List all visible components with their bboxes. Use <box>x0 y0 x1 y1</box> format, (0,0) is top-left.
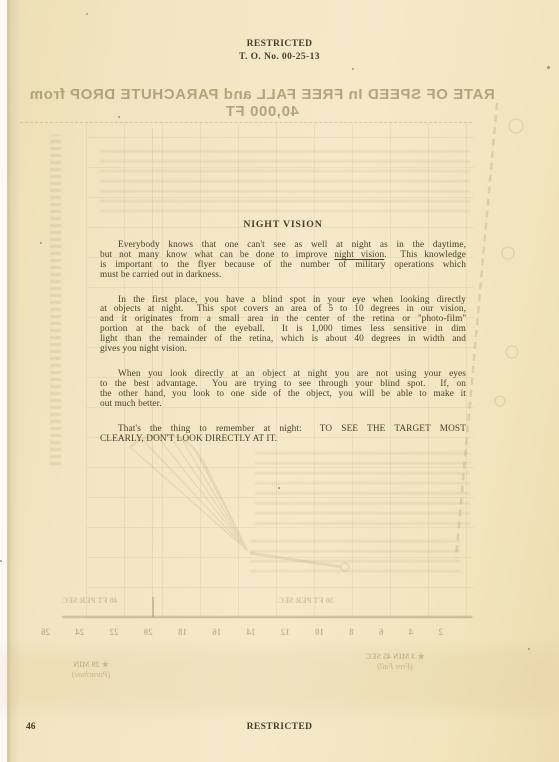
header-classification: RESTRICTED <box>0 38 559 51</box>
scan-speck <box>528 648 530 650</box>
paragraph-1-line: must be carried out in darkness. <box>100 271 466 281</box>
paragraph-3: When you look directly at an object at n… <box>100 370 466 410</box>
footer-classification: RESTRICTED <box>0 722 559 732</box>
bleedthrough-text-block <box>255 452 470 532</box>
bleedthrough-text-block <box>100 150 470 212</box>
bleedthrough-text-block <box>250 540 460 580</box>
paragraph-1: Everybody knows that one can't see as we… <box>100 241 466 281</box>
bleedthrough-chart-x-axis <box>62 616 472 618</box>
bleedthrough-circled-markers <box>495 119 523 406</box>
p1-underlined-phrase: night vision <box>334 250 384 260</box>
bleedthrough-vertical-axis-label <box>50 135 61 465</box>
p1-line2-before: but not many know what can be done to im… <box>100 250 334 260</box>
paragraph-line: out much better. <box>100 400 466 410</box>
bleedthrough-velocity-label-left: 40 FT PER SEC <box>62 596 118 605</box>
bleedthrough-velocity-label-right: 30 FT PER SEC <box>278 596 334 605</box>
article-title: NIGHT VISION <box>100 220 466 230</box>
scan-speck <box>352 68 354 70</box>
header-doc-number: T. O. No. 00-25-13 <box>0 51 559 64</box>
scan-edge-white-strip <box>0 0 7 762</box>
paragraph-4: That's the thing to remember at night: T… <box>100 425 466 445</box>
bleedthrough-chart-title: RATE OF SPEED In FREE FALL and PARACHUTE… <box>18 86 506 120</box>
paragraph-line: That's the thing to remember at night: T… <box>100 425 466 435</box>
paragraph-2: In the first place, you have a blind spo… <box>100 296 466 355</box>
scan-speck <box>0 560 2 562</box>
scanned-document-page: { "header": { "classification": "RESTRIC… <box>0 0 559 762</box>
paper-stain <box>0 650 559 710</box>
bleedthrough-chart-y-axis <box>152 597 154 617</box>
p1-line2-after: . This knowledge <box>384 250 466 260</box>
page-edge-shadow <box>10 0 20 762</box>
scan-speck <box>86 13 88 15</box>
article: NIGHT VISION Everybody knows that one ca… <box>100 220 466 459</box>
scan-speck <box>40 242 42 244</box>
scan-speck <box>278 487 280 489</box>
scan-speck <box>118 116 120 118</box>
paragraph-line: CLEARLY, DON'T LOOK DIRECTLY AT IT. <box>100 435 466 445</box>
bleedthrough-chart-top-border <box>20 122 472 123</box>
paragraph-line: gives you night vision. <box>100 345 466 355</box>
bleedthrough-axis-tick-numbers: 2 4 6 8 10 12 14 16 18 20 22 24 26 <box>55 627 443 637</box>
page-header: RESTRICTED T. O. No. 00-25-13 <box>0 38 559 64</box>
scan-speck <box>547 66 550 69</box>
